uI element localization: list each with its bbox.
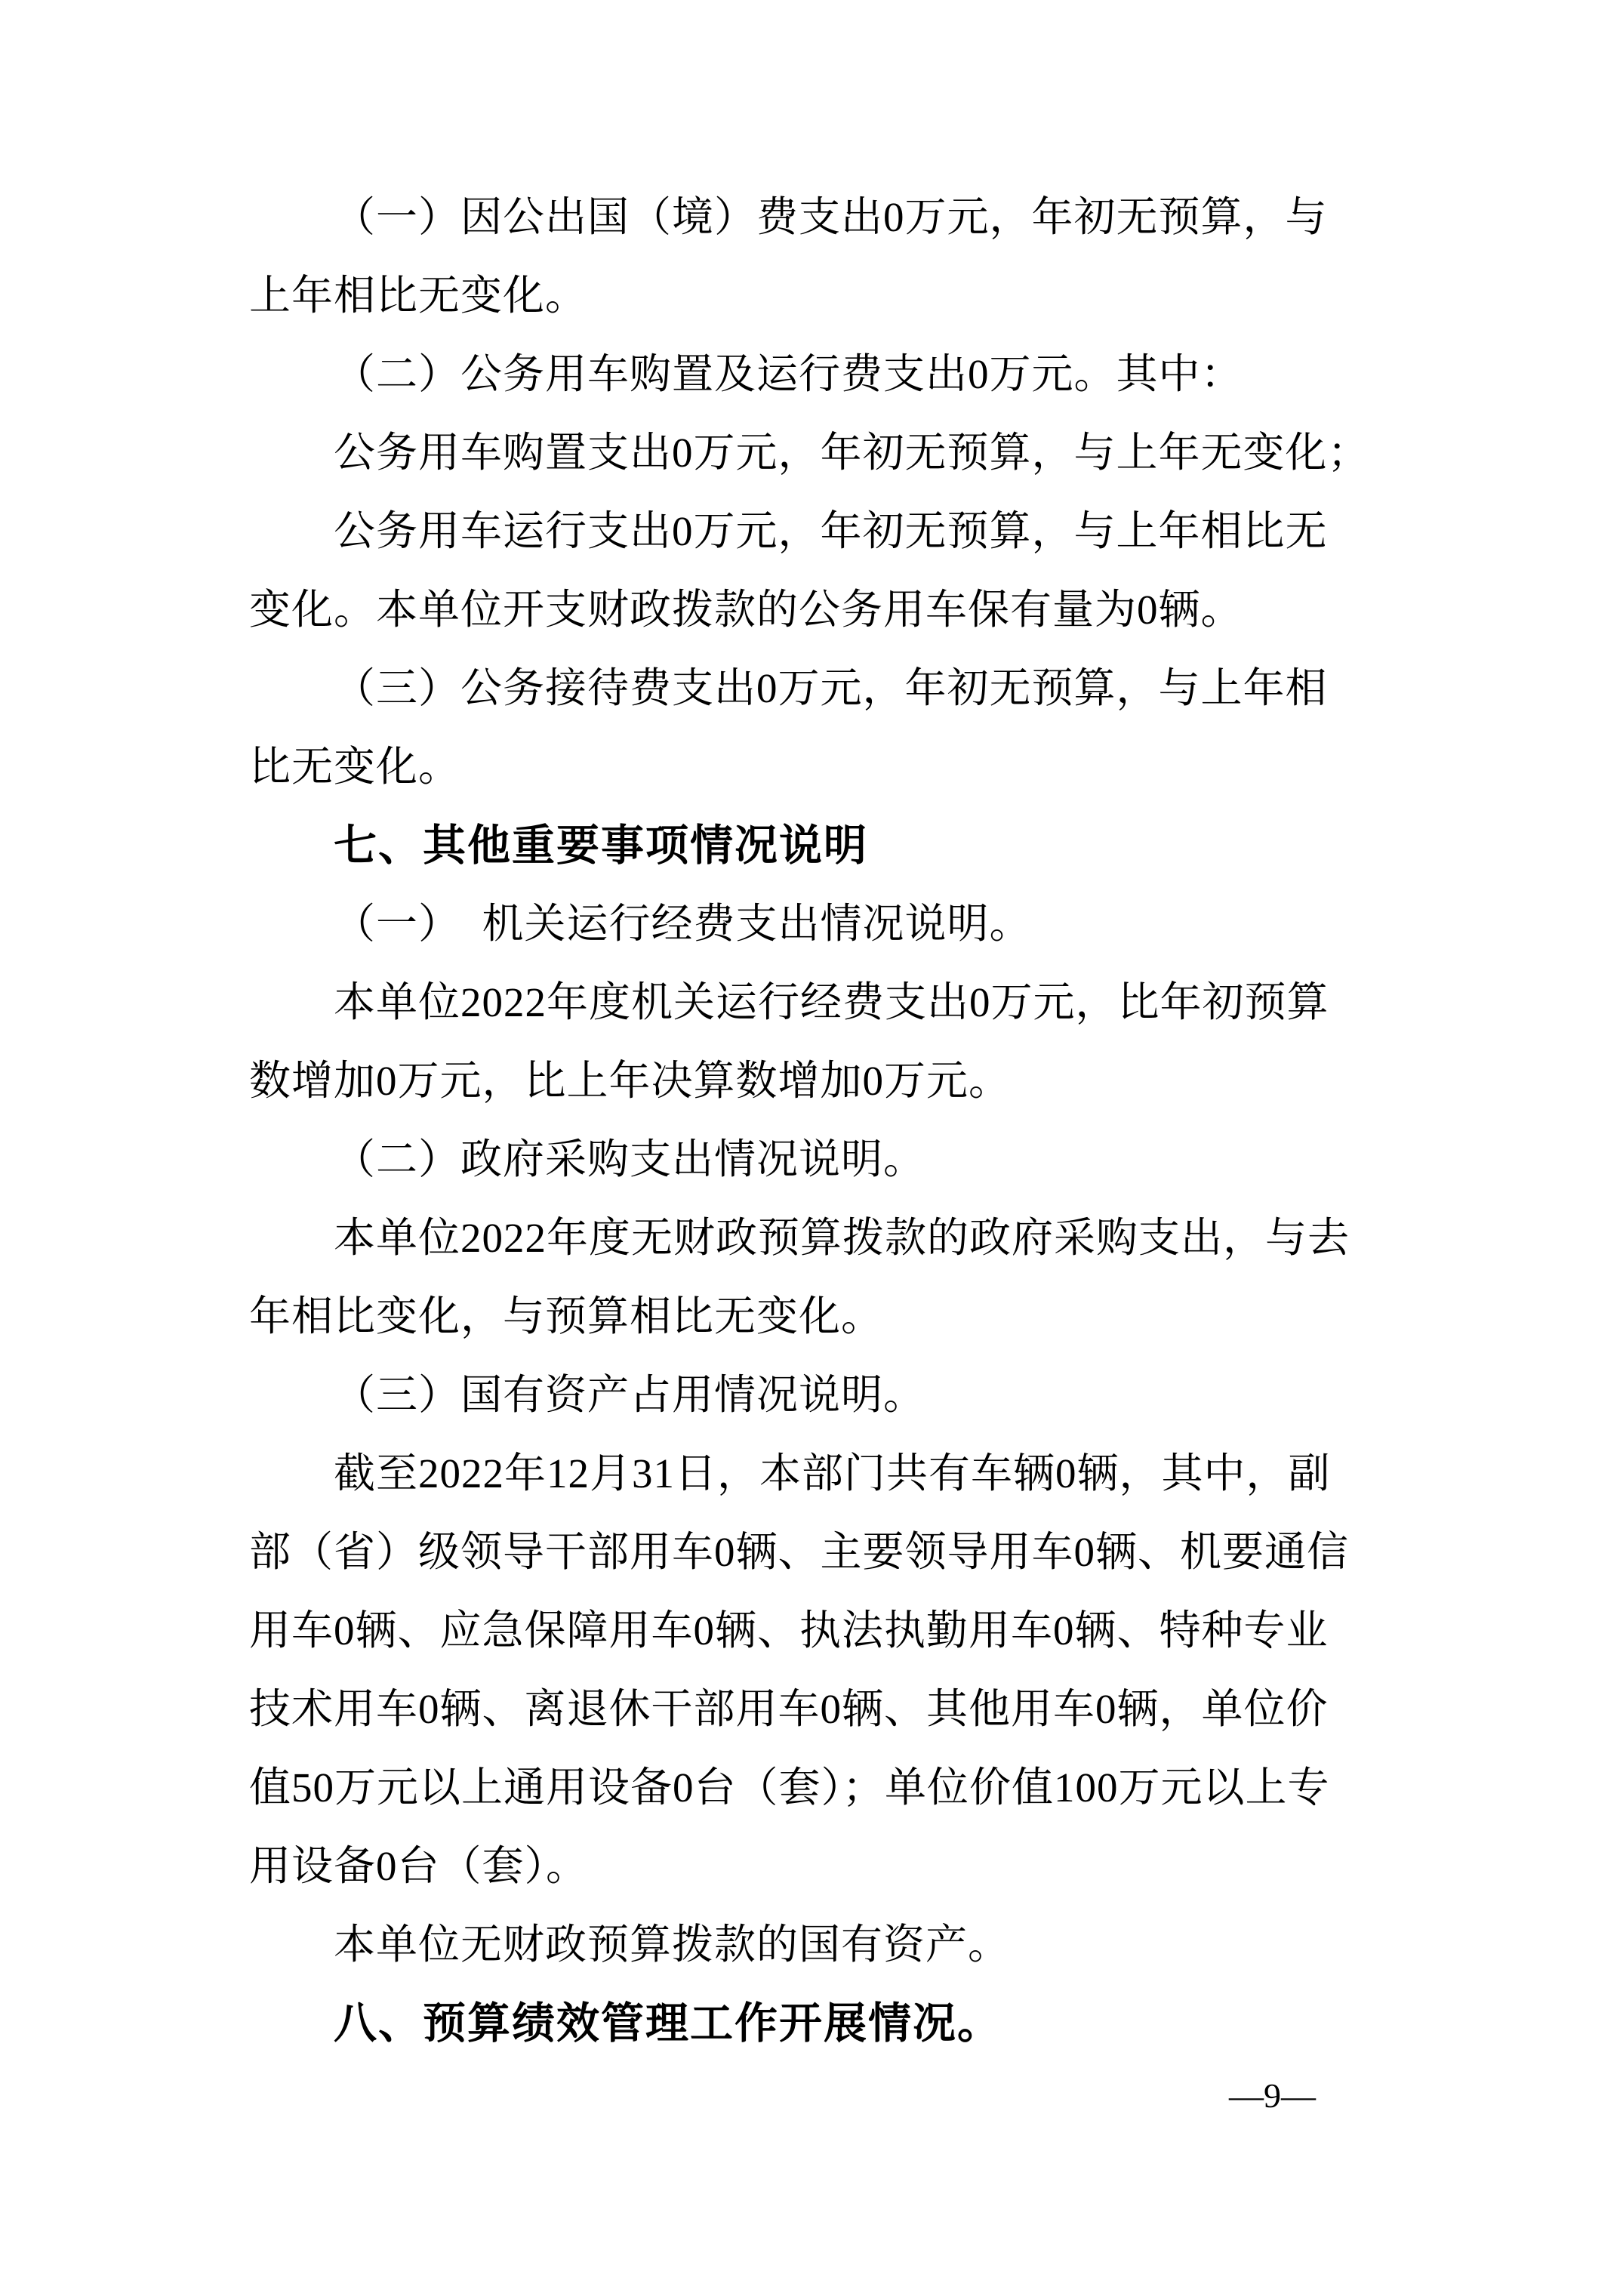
text-line: （一） 机关运行经费支出情况说明。 (249, 885, 1374, 963)
text-line: 截至2022年12月31日，本部门共有车辆0辆，其中，副 (249, 1435, 1374, 1513)
text-line: 值50万元以上通用设备0台（套）；单位价值100万元以上专 (249, 1749, 1374, 1827)
text-line: 变化。本单位开支财政拨款的公务用车保有量为0辆。 (249, 571, 1374, 649)
text-line: 比无变化。 (249, 728, 1374, 806)
text-line: 年相比变化，与预算相比无变化。 (249, 1277, 1374, 1356)
text-line: （二）公务用车购置及运行费支出0万元。其中： (249, 335, 1374, 414)
page-number: —9— (1229, 2069, 1316, 2123)
text-line: 公务用车运行支出0万元，年初无预算，与上年相比无 (249, 492, 1374, 571)
text-line: （三）国有资产占用情况说明。 (249, 1356, 1374, 1435)
text-line: 数增加0万元，比上年决算数增加0万元。 (249, 1042, 1374, 1120)
text-line: 用车0辆、应急保障用车0辆、执法执勤用车0辆、特种专业 (249, 1592, 1374, 1670)
section-heading-seven: 七、其他重要事项情况说明 (249, 806, 1374, 885)
text-line: 用设备0台（套）。 (249, 1827, 1374, 1906)
text-line: （三）公务接待费支出0万元，年初无预算，与上年相 (249, 649, 1374, 728)
text-line: （一）因公出国（境）费支出0万元，年初无预算，与 (249, 178, 1374, 257)
section-heading-eight: 八、预算绩效管理工作开展情况。 (249, 1984, 1374, 2063)
text-line: 本单位无财政预算拨款的国有资产。 (249, 1906, 1374, 1984)
text-line: 本单位2022年度无财政预算拨款的政府采购支出，与去 (249, 1199, 1374, 1277)
text-line: 本单位2022年度机关运行经费支出0万元，比年初预算 (249, 963, 1374, 1042)
text-line: （二）政府采购支出情况说明。 (249, 1120, 1374, 1199)
document-text-block: （一）因公出国（境）费支出0万元，年初无预算，与 上年相比无变化。 （二）公务用… (249, 178, 1374, 2063)
text-line: 上年相比无变化。 (249, 257, 1374, 335)
text-line: 公务用车购置支出0万元，年初无预算，与上年无变化； (249, 414, 1374, 492)
text-line: 技术用车0辆、离退休干部用车0辆、其他用车0辆，单位价 (249, 1670, 1374, 1749)
text-line: 部（省）级领导干部用车0辆、主要领导用车0辆、机要通信 (249, 1513, 1374, 1592)
document-page: （一）因公出国（境）费支出0万元，年初无预算，与 上年相比无变化。 （二）公务用… (0, 0, 1623, 2296)
